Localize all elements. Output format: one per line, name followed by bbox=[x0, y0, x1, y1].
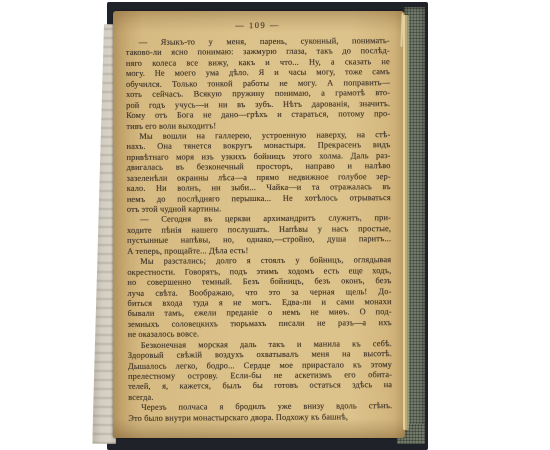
page-number: — 109 — bbox=[126, 18, 390, 32]
text-line: пустынные напѣвы, но, однако,—стройно, д… bbox=[127, 234, 391, 246]
text-line: Кому отъ Бога не дано—грѣхъ и стараться,… bbox=[126, 109, 390, 121]
text-line: земныхъ соловецкихъ тюрьмахъ писали не р… bbox=[128, 318, 392, 330]
book-page: — 109 — — Языкъ-то у меня, парень, сукон… bbox=[113, 11, 405, 438]
text-line: Черезъ полчаса я бродилъ уже внизу вдоль… bbox=[128, 401, 392, 413]
text-line: телей, я, кажется, былъ бы готовъ остать… bbox=[128, 381, 392, 393]
page-text-block: — Языкъ-то у меня, парень, суконный, пон… bbox=[126, 36, 393, 424]
book-photograph: — 109 — — Языкъ-то у меня, парень, сукон… bbox=[0, 0, 550, 450]
page-fore-edge-stack bbox=[403, 15, 409, 430]
text-line: Это было внутри монастырскаго двора. Под… bbox=[128, 412, 392, 424]
text-line: немъ до послѣдняго перышка... Не хотѣлос… bbox=[127, 193, 391, 205]
page-content: — 109 — — Языкъ-то у меня, парень, сукон… bbox=[126, 18, 393, 433]
